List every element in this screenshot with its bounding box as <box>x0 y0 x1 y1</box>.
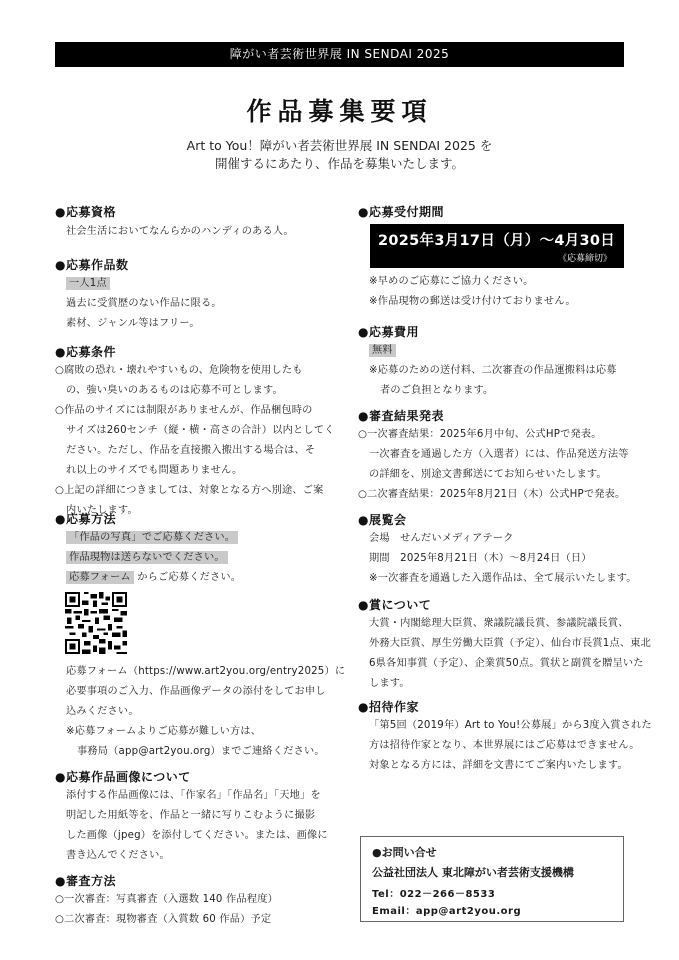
period-deadline: 《応募締切》 <box>558 251 612 264</box>
event-banner: 障がい者芸術世界展 IN SENDAI 2025 <box>55 42 624 67</box>
section-heading: ●応募資格 <box>55 203 294 220</box>
method-text: からご応募ください。 <box>134 572 241 583</box>
count-line: 素材、ジャンル等はフリー。 <box>55 314 222 334</box>
method-line: 必要事項のご入力、作品画像データの添付をしてお申し <box>66 682 345 702</box>
section-heading: ●賞について <box>358 596 651 613</box>
results-line: ○二次審査結果：2025年8月21日（木）公式HPで発表。 <box>358 485 629 505</box>
section-awards: ●賞について 大賞・内閣総理大臣賞、衆議院議長賞、参議院議長賞、 外務大臣賞、厚… <box>358 596 651 694</box>
method-details: 応募フォーム（https://www.art2you.org/entry2025… <box>66 662 345 762</box>
method-highlight-no-physical: 作品現物は送らないでください。 <box>66 551 228 564</box>
contact-email[interactable]: Email：app@art2you.org <box>372 902 521 917</box>
fee-line: 者のご負担となります。 <box>358 381 617 401</box>
invited-line: 「第5回（2019年）Art to You!公募展」から3度入賞された <box>358 716 652 736</box>
period-date: 2025年3月17日（月）～4月30日（水） <box>378 229 660 250</box>
image-line: 明記した用紙等を、作品と一緒に写りこむように撮影 <box>55 806 328 826</box>
condition-line: ○腐敗の恐れ・壊れやすいもの、危険物を使用したも <box>55 361 335 381</box>
results-line: の詳細を、別途文書郵送にてお知らせいたします。 <box>358 465 629 485</box>
section-period-heading: ●応募受付期間 <box>358 203 444 220</box>
section-heading: ●応募作品数 <box>55 256 222 273</box>
period-notes: ※早めのご応募にご協力ください。 ※作品現物の郵送は受け付けておりません。 <box>369 272 576 312</box>
qr-code-icon[interactable] <box>64 592 128 654</box>
section-exhibition: ●展覧会 会場 せんだいメディアテーク 期間 2025年8月21日（木）～8月2… <box>358 511 637 589</box>
method-highlight-photo: 「作品の写真」でご応募ください。 <box>66 531 238 544</box>
results-line: ○一次審査結果：2025年6月中旬、公式HPで発表。 <box>358 425 629 445</box>
invited-line: 方は招待作家となり、本世界展にはご応募はできません。 <box>358 736 652 756</box>
method-line: ※応募フォームよりご応募が難しい方は、 <box>66 722 345 742</box>
fee-badge: 無料 <box>369 344 396 357</box>
eligibility-text: 社会生活においてなんらかのハンディのある人。 <box>55 222 294 242</box>
section-heading: ●審査方法 <box>55 872 278 889</box>
exhibition-period: 期間 2025年8月21日（木）～8月24日（日） <box>358 549 637 569</box>
image-line: 書き込んでください。 <box>55 846 328 866</box>
condition-line: ださい。ただし、作品を直接搬入搬出する場合は、そ <box>55 441 335 461</box>
image-line: 添付する作品画像には、「作家名」「作品名」「天地」を <box>55 786 328 806</box>
section-method: ●応募方法 「作品の写真」でご応募ください。 作品現物は送らないでください。 応… <box>55 510 241 588</box>
section-image: ●応募作品画像について 添付する作品画像には、「作家名」「作品名」「天地」を 明… <box>55 768 328 866</box>
condition-line: ○上記の詳細につきましては、対象となる方へ別途、ご案 <box>55 481 335 501</box>
condition-line: サイズは260センチ（縦・横・高さの合計）以内としてく <box>55 421 335 441</box>
method-line: 込みください。 <box>66 702 345 722</box>
section-heading: ●応募条件 <box>55 343 335 360</box>
condition-line: の、強い臭いのあるものは応募不可とします。 <box>55 381 335 401</box>
condition-line: れ以上のサイズでも問題ありません。 <box>55 461 335 481</box>
entry-form-link[interactable]: 応募フォーム <box>66 571 134 584</box>
section-heading: ●審査結果発表 <box>358 407 629 424</box>
section-review: ●審査方法 ○一次審査：写真審査（入選数 140 作品程度） ○二次審査：現物審… <box>55 872 278 930</box>
image-line: した画像（jpeg）を添付してください。または、画像に <box>55 826 328 846</box>
section-results: ●審査結果発表 ○一次審査結果：2025年6月中旬、公式HPで発表。 一次審査を… <box>358 407 629 505</box>
section-heading: ●応募受付期間 <box>358 203 444 220</box>
fee-line: ※応募のための送付料、二次審査の作品運搬料は応募 <box>358 361 617 381</box>
contact-phone[interactable]: Tel：022－266－8533 <box>372 885 495 900</box>
review-line: ○一次審査：写真審査（入選数 140 作品程度） <box>55 890 278 910</box>
section-heading: ●展覧会 <box>358 511 637 528</box>
section-fee: ●応募費用 無料 ※応募のための送付料、二次審査の作品運搬料は応募 者のご負担と… <box>358 323 617 401</box>
invited-line: 対象となる方には、詳細を文書にてご案内いたします。 <box>358 756 652 776</box>
contact-heading: ●お問い合せ <box>372 844 437 860</box>
condition-line: ○作品のサイズには制限がありませんが、作品梱包時の <box>55 401 335 421</box>
section-heading: ●応募作品画像について <box>55 768 328 785</box>
contact-box: ●お問い合せ 公益社団法人 東北障がい者芸術支援機構 Tel：022－266－8… <box>360 836 624 922</box>
awards-line: します。 <box>358 674 651 694</box>
method-line: 事務局（app@art2you.org）までご連絡ください。 <box>66 742 345 762</box>
section-work-count: ●応募作品数 一人1点 過去に受賞歴のない作品に限る。 素材、ジャンル等はフリー… <box>55 256 222 334</box>
section-heading: ●応募方法 <box>55 510 241 527</box>
awards-line: 6県各知事賞（予定）、企業賞50点。賞状と副賞を贈呈いた <box>358 654 651 674</box>
section-invited: ●招待作家 「第5回（2019年）Art to You!公募展」から3度入賞され… <box>358 698 652 776</box>
count-badge: 一人1点 <box>66 277 110 290</box>
exhibition-note: ※一次審査を通過した入選作品は、全て展示いたします。 <box>358 569 637 589</box>
awards-line: 大賞・内閣総理大臣賞、衆議院議長賞、参議院議長賞、 <box>358 614 651 634</box>
awards-line: 外務大臣賞、厚生労働大臣賞（予定）、仙台市長賞1点、東北 <box>358 634 651 654</box>
results-line: 一次審査を通過した方（入選者）には、作品発送方法等 <box>358 445 629 465</box>
exhibition-venue: 会場 せんだいメディアテーク <box>358 529 637 549</box>
contact-organization: 公益社団法人 東北障がい者芸術支援機構 <box>372 864 574 880</box>
period-date-box: 2025年3月17日（月）～4月30日（水） 《応募締切》 <box>370 224 624 268</box>
method-line: 応募フォーム（https://www.art2you.org/entry2025… <box>66 662 345 682</box>
section-eligibility: ●応募資格 社会生活においてなんらかのハンディのある人。 <box>55 203 294 242</box>
intro-line-2: 開催するにあたり、作品を募集いたします。 <box>0 154 679 172</box>
review-line: ○二次審査：現物審査（入賞数 60 作品）予定 <box>55 910 278 930</box>
section-conditions: ●応募条件 ○腐敗の恐れ・壊れやすいもの、危険物を使用したも の、強い臭いのある… <box>55 343 335 521</box>
period-note: ※早めのご応募にご協力ください。 <box>369 272 576 292</box>
period-note: ※作品現物の郵送は受け付けておりません。 <box>369 292 576 312</box>
section-heading: ●応募費用 <box>358 323 617 340</box>
page-title: 作品募集要項 <box>0 92 679 128</box>
section-heading: ●招待作家 <box>358 698 652 715</box>
intro-line-1: Art to You！障がい者芸術世界展 IN SENDAI 2025 を <box>0 136 679 154</box>
count-line: 過去に受賞歴のない作品に限る。 <box>55 294 222 314</box>
